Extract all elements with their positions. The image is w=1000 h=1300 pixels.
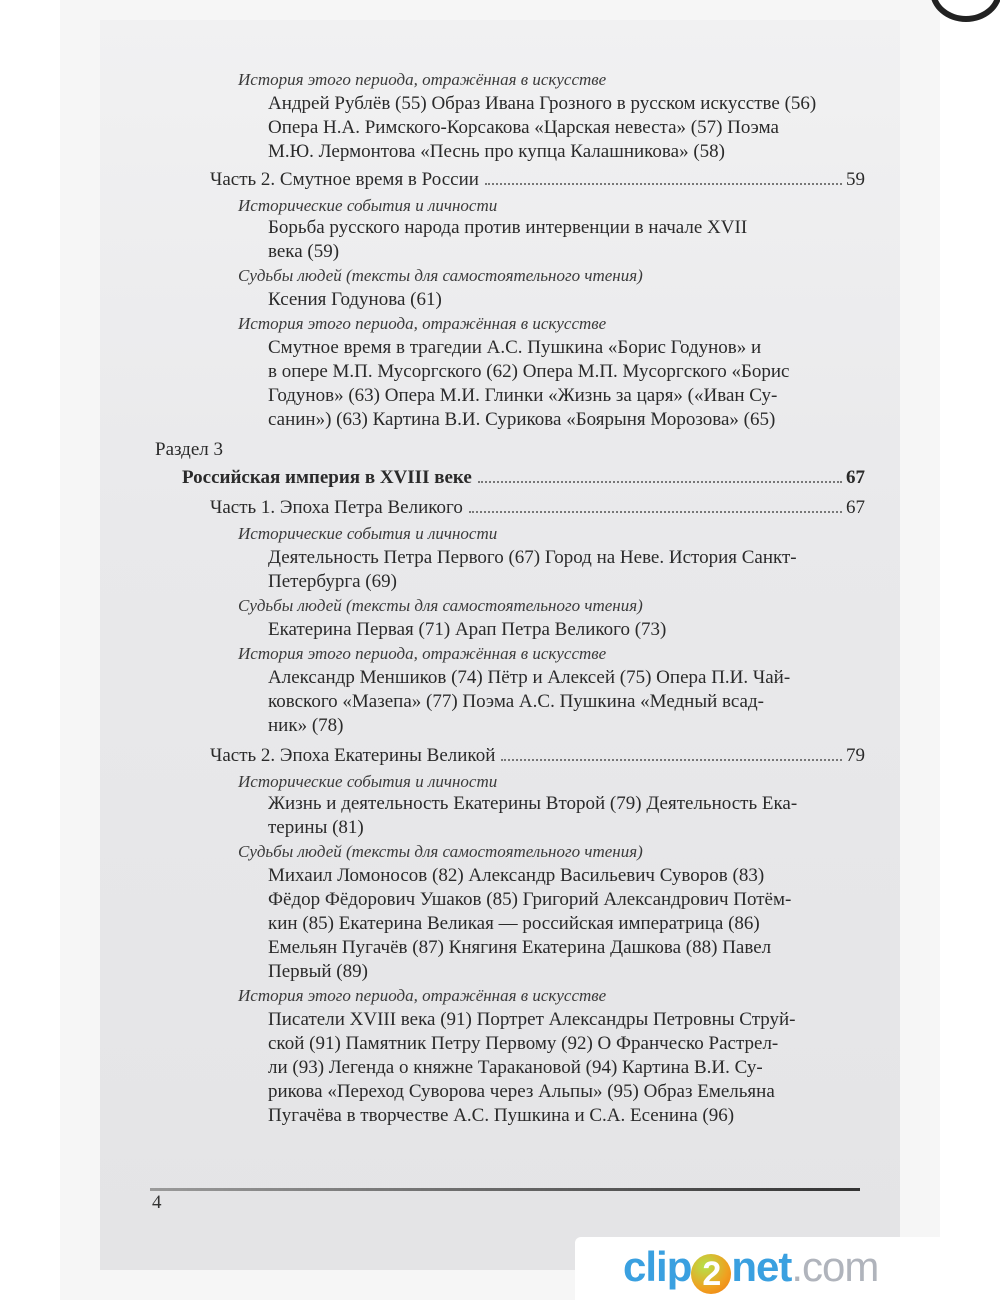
toc-item-text: кин (85) Екатерина Великая — российская … bbox=[268, 912, 760, 936]
page-number: 4 bbox=[152, 1192, 162, 1214]
toc-subheading: Исторические события и личности bbox=[238, 522, 497, 546]
toc-subheading: Судьбы людей (тексты для самостоятельног… bbox=[238, 594, 643, 618]
toc-item-text: ли (93) Легенда о княжне Таракановой (94… bbox=[268, 1056, 763, 1080]
toc-section-label: Раздел 3 bbox=[155, 438, 223, 462]
dot-leader bbox=[485, 183, 842, 185]
toc-entry-page: 67 bbox=[846, 496, 865, 520]
toc-subheading: История этого периода, отражённая в иску… bbox=[238, 68, 606, 92]
scanned-page: История этого периода, отражённая в иску… bbox=[100, 20, 900, 1270]
toc-item-text: Пугачёва в творчестве А.С. Пушкина и С.А… bbox=[268, 1104, 734, 1128]
toc-subheading: История этого периода, отражённая в иску… bbox=[238, 642, 606, 666]
toc-entry: Часть 2. Эпоха Екатерины Великой79 bbox=[210, 744, 865, 768]
toc-entry-page: 67 bbox=[846, 466, 865, 490]
dot-leader bbox=[478, 481, 842, 483]
toc-subheading: Исторические события и личности bbox=[238, 194, 497, 218]
toc-item-text: Первый (89) bbox=[268, 960, 368, 984]
toc-entry-page: 59 bbox=[846, 168, 865, 192]
toc-item-text: Деятельность Петра Первого (67) Город на… bbox=[268, 546, 797, 570]
dot-leader bbox=[469, 511, 842, 513]
toc-item-text: Смутное время в трагедии А.С. Пушкина «Б… bbox=[268, 336, 761, 360]
corner-ring-icon bbox=[930, 0, 1000, 22]
toc-item-text: Александр Меншиков (74) Пётр и Алексей (… bbox=[268, 666, 790, 690]
dot-leader bbox=[501, 759, 842, 761]
toc-item-text: терины (81) bbox=[268, 816, 364, 840]
toc-item-text: рикова «Переход Суворова через Альпы» (9… bbox=[268, 1080, 775, 1104]
logo-circle-icon: 2 bbox=[691, 1254, 731, 1294]
toc-subheading: Судьбы людей (тексты для самостоятельног… bbox=[238, 840, 643, 864]
toc-entry-title: Часть 1. Эпоха Петра Великого bbox=[210, 496, 463, 520]
toc-entry: Российская империя в XVIII веке67 bbox=[182, 466, 865, 490]
toc-item-text: Опера Н.А. Римского-Корсакова «Царская н… bbox=[268, 116, 779, 140]
toc-item-text: М.Ю. Лермонтова «Песнь про купца Калашни… bbox=[268, 140, 725, 164]
toc-item-text: в опере М.П. Мусоргского (62) Опера М.П.… bbox=[268, 360, 790, 384]
toc-item-text: века (59) bbox=[268, 240, 339, 264]
toc-item-text: Емельян Пугачёв (87) Княгиня Екатерина Д… bbox=[268, 936, 771, 960]
watermark-box: clip2net.com bbox=[575, 1237, 955, 1300]
toc-item-text: Ксения Годунова (61) bbox=[268, 288, 442, 312]
toc-entry: Часть 1. Эпоха Петра Великого67 bbox=[210, 496, 865, 520]
toc-item-text: Жизнь и деятельность Екатерины Второй (7… bbox=[268, 792, 797, 816]
toc-item-text: Фёдор Фёдорович Ушаков (85) Григорий Але… bbox=[268, 888, 791, 912]
toc-item-text: Екатерина Первая (71) Арап Петра Великог… bbox=[268, 618, 666, 642]
toc-item-text: Писатели XVIII века (91) Портрет Алексан… bbox=[268, 1008, 796, 1032]
toc-subheading: Судьбы людей (тексты для самостоятельног… bbox=[238, 264, 643, 288]
toc-entry-title: Часть 2. Смутное время в России bbox=[210, 168, 479, 192]
toc-item-text: Михаил Ломоносов (82) Александр Васильев… bbox=[268, 864, 764, 888]
toc-item-text: ник» (78) bbox=[268, 714, 343, 738]
toc-subheading: Исторические события и личности bbox=[238, 770, 497, 794]
clip2net-logo: clip2net.com bbox=[623, 1243, 878, 1294]
toc-entry: Часть 2. Смутное время в России59 bbox=[210, 168, 865, 192]
toc-item-text: Борьба русского народа против интервенци… bbox=[268, 216, 747, 240]
toc-item-text: ской (91) Памятник Петру Первому (92) О … bbox=[268, 1032, 778, 1056]
toc-subheading: История этого периода, отражённая в иску… bbox=[238, 984, 606, 1008]
toc-item-text: Годунов» (63) Опера М.И. Глинки «Жизнь з… bbox=[268, 384, 777, 408]
toc-entry-title: Российская империя в XVIII веке bbox=[182, 466, 472, 490]
toc-subheading: История этого периода, отражённая в иску… bbox=[238, 312, 606, 336]
toc-item-text: ковского «Мазепа» (77) Поэма А.С. Пушкин… bbox=[268, 690, 764, 714]
toc-entry-title: Часть 2. Эпоха Екатерины Великой bbox=[210, 744, 495, 768]
toc-item-text: Петербурга (69) bbox=[268, 570, 397, 594]
toc-entry-page: 79 bbox=[846, 744, 865, 768]
footer-rule bbox=[150, 1188, 860, 1191]
toc-item-text: Андрей Рублёв (55) Образ Ивана Грозного … bbox=[268, 92, 816, 116]
toc-item-text: санин») (63) Картина В.И. Сурикова «Бояр… bbox=[268, 408, 775, 432]
